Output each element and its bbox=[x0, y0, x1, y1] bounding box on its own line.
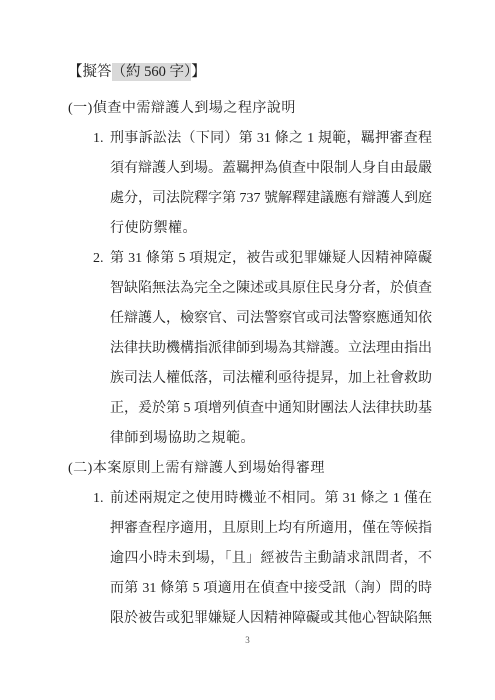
text-line: 族司法人權低落，司法權利亟待提昇，加上社會救助法業已修 bbox=[110, 364, 432, 394]
list-item-number: 1. bbox=[93, 484, 104, 514]
list-item: 1. 刑事訴訟法（下同）第 31 條之 1 規範，羈押審查程序原則上 須有辯護人… bbox=[68, 124, 432, 244]
list-item-lines: 刑事訴訟法（下同）第 31 條之 1 規範，羈押審查程序原則上 須有辯護人到場。… bbox=[110, 124, 432, 244]
word-count-highlight: （約 560 字） bbox=[112, 63, 192, 81]
list-item: 2. 第 31 條第 5 項規定，被告或犯罪嫌疑人因精神障礙或其他心 智缺陷無法… bbox=[68, 244, 432, 454]
text-line: 第 31 條第 5 項規定，被告或犯罪嫌疑人因精神障礙或其他心 bbox=[110, 244, 432, 274]
section-2-heading: (二)本案原則上需有辯護人到場始得審理 bbox=[68, 454, 432, 484]
text-line: 押審查程序適用，且原則上均有所適用，僅在等候指定辯護人 bbox=[110, 514, 432, 544]
document-page: 【擬答（約 560 字）】 (一)偵查中需辯護人到場之程序說明 1. 刑事訴訟法… bbox=[0, 0, 495, 700]
text-line: 限於被告或犯罪嫌疑人因精神障礙或其他心智缺陷無法為完 bbox=[110, 604, 432, 634]
text-line: 須有辯護人到場。蓋羈押為偵查中限制人身自由最嚴重的強制 bbox=[110, 154, 432, 184]
list-item-lines: 前述兩規定之使用時機並不相同。第 31 條之 1 僅在偵查中羈 押審查程序適用，… bbox=[110, 484, 432, 634]
list-item-lines: 第 31 條第 5 項規定，被告或犯罪嫌疑人因精神障礙或其他心 智缺陷無法為完全… bbox=[110, 244, 432, 454]
list-item-number: 2. bbox=[93, 244, 104, 274]
text-line: 逾四小時未到場，「且」經被告主動請求訊問者，不在此限。 bbox=[110, 544, 432, 574]
page-number: 3 bbox=[0, 634, 495, 646]
text-line: 而第 31 條第 5 項適用在偵查中接受訊（詢）問的時候，且僅 bbox=[110, 574, 432, 604]
text-line: 律師到場協助之規範。 bbox=[110, 424, 432, 454]
text-line: 刑事訴訟法（下同）第 31 條之 1 規範，羈押審查程序原則上 bbox=[110, 124, 432, 154]
text-line: 前述兩規定之使用時機並不相同。第 31 條之 1 僅在偵查中羈 bbox=[110, 484, 432, 514]
text-line: 正，爰於第 5 項增列偵查中通知財團法人法律扶助基金會指派 bbox=[110, 394, 432, 424]
text-line: 法律扶助機構指派律師到場為其辯護。立法理由指出因原住民 bbox=[110, 334, 432, 364]
answer-title: 【擬答（約 560 字）】 bbox=[68, 57, 432, 87]
text-line: 行使防禦權。 bbox=[110, 214, 432, 244]
text-line: 處分，司法院釋字第 737 號解釋建議應有辯護人到庭協助被告 bbox=[110, 184, 432, 214]
answer-title-suffix: 】 bbox=[191, 64, 206, 80]
section-1-heading: (一)偵查中需辯護人到場之程序說明 bbox=[68, 94, 432, 124]
list-item: 1. 前述兩規定之使用時機並不相同。第 31 條之 1 僅在偵查中羈 押審查程序… bbox=[68, 484, 432, 634]
answer-title-prefix: 【擬答 bbox=[68, 64, 112, 80]
document-content: 【擬答（約 560 字）】 (一)偵查中需辯護人到場之程序說明 1. 刑事訴訟法… bbox=[68, 57, 432, 634]
text-line: 智缺陷無法為完全之陳述或具原住民身分者，於偵查中未經選 bbox=[110, 274, 432, 304]
text-line: 任辯護人，檢察官、司法警察官或司法警察應通知依法設立之 bbox=[110, 304, 432, 334]
list-item-number: 1. bbox=[93, 124, 104, 154]
